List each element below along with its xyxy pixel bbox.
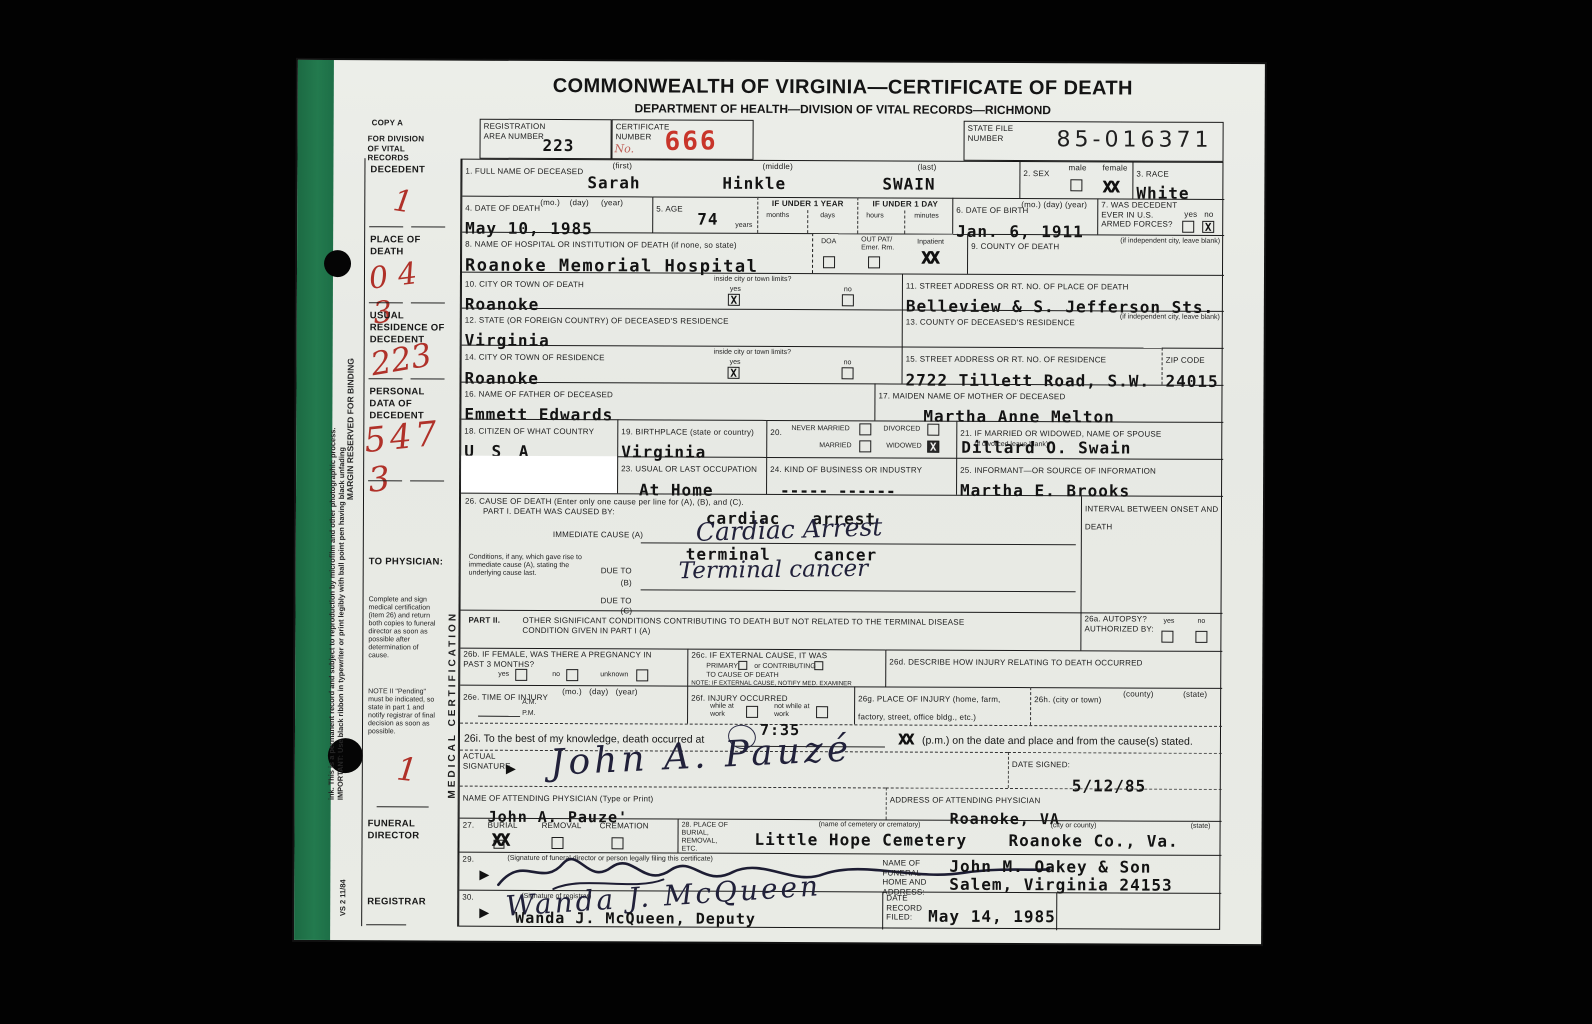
field-21-spouse: 21. IF MARRIED OR WIDOWED, NAME OF SPOUS… bbox=[956, 421, 1223, 459]
checkbox-autopsy-no bbox=[1195, 631, 1207, 643]
red-mark-physician: 1 bbox=[395, 749, 419, 789]
checkbox-primary bbox=[738, 661, 747, 670]
field-26f-injury-occurred: 26f. INJURY OCCURRED while at work not w… bbox=[687, 686, 854, 725]
registration-value: 223 bbox=[543, 136, 575, 155]
field-5-age: 5. AGE 74 years bbox=[652, 196, 757, 232]
interval-column: INTERVAL BETWEEN ONSET AND DEATH bbox=[1081, 496, 1224, 614]
checkbox-never-married bbox=[859, 423, 871, 435]
checkbox-while-at-work bbox=[746, 706, 758, 718]
value-spouse: Dillard O. Swain bbox=[961, 438, 1131, 458]
section-funeral-director: FUNERAL DIRECTOR bbox=[368, 818, 438, 842]
field-3-race: 3. RACE White bbox=[1132, 163, 1224, 199]
checkbox-doa bbox=[823, 256, 835, 268]
field-26d-injury-description: 26d. DESCRIBE HOW INJURY RELATING TO DEA… bbox=[885, 649, 1222, 687]
checkbox-pregnancy-yes bbox=[515, 669, 527, 681]
field-9-county-of-death: 9. COUNTY OF DEATH (if independent city,… bbox=[967, 234, 1224, 275]
checkbox-pregnancy-no bbox=[566, 669, 578, 681]
field-7-armed-forces: 7. WAS DECEDENT EVER IN U.S. ARMED FORCE… bbox=[1097, 198, 1224, 235]
red-mark-decedent: 1 bbox=[391, 183, 415, 220]
field-physician-address: ADDRESS OF ATTENDING PHYSICIAN Roanoke, … bbox=[886, 787, 1222, 820]
field-30-registrar-signature: 30. (Signature of registrar) ▶ Wanda J. … bbox=[459, 890, 882, 930]
field-16-father: 16. NAME OF FATHER OF DECEASED Emmett Ed… bbox=[461, 382, 874, 421]
registration-label: REGISTRATION AREA NUMBER bbox=[481, 120, 551, 143]
value-funeral-home: John M. Oakey & Son bbox=[949, 857, 1151, 877]
section-medical-certification: MEDICAL CERTIFICATION bbox=[447, 519, 459, 799]
field-26g-place-of-injury: 26g. PLACE OF INJURY (home, farm, factor… bbox=[854, 686, 1030, 725]
field-date-signed: DATE SIGNED: 5/12/85 bbox=[1008, 752, 1222, 789]
section-label-column: DECEDENT 1 PLACE OF DEATH 04 3 USUAL RES… bbox=[361, 158, 461, 926]
field-8-hospital: 8. NAME OF HOSPITAL OR INSTITUTION OF DE… bbox=[462, 232, 812, 274]
value-age: 74 bbox=[697, 210, 718, 229]
field-20-marital-status: 20. NEVER MARRIED DIVORCED MARRIED WIDOW… bbox=[766, 420, 956, 458]
certificate-no-stamp: No. bbox=[615, 142, 635, 155]
field-actual-signature: ACTUAL SIGNATURE ▶ John A. Pauzé bbox=[460, 750, 1008, 788]
value-last-name: SWAIN bbox=[882, 174, 935, 193]
value-date-filed: May 14, 1985 bbox=[928, 907, 1056, 927]
field-26h-injury-location: 26h. (city or town) (county) (state) bbox=[1030, 687, 1222, 726]
death-certificate: MARGIN RESERVED FOR BINDING IMPORTANT: U… bbox=[294, 60, 1265, 944]
checkbox-widowed: X bbox=[927, 441, 939, 453]
arrow-icon: ▶ bbox=[506, 761, 516, 777]
checkbox-pregnancy-unknown bbox=[636, 669, 648, 681]
checkbox-contributing bbox=[814, 661, 823, 670]
certificate-title: COMMONWEALTH OF VIRGINIA—CERTIFICATE OF … bbox=[462, 75, 1224, 101]
checkbox-not-while-at-work bbox=[816, 706, 828, 718]
photo-background: MARGIN RESERVED FOR BINDING IMPORTANT: U… bbox=[0, 0, 1592, 1024]
section-to-physician: TO PHYSICIAN: bbox=[369, 556, 449, 568]
field-26c-external-cause: 26c. IF EXTERNAL CAUSE, IT WAS PRIMARY o… bbox=[687, 649, 885, 687]
field-if-under-1-day: IF UNDER 1 DAY hours minutes bbox=[857, 197, 952, 233]
checkbox-married bbox=[859, 440, 871, 452]
state-file-value: 85-016371 bbox=[1057, 127, 1213, 153]
field-12-state-of-residence: 12. STATE (OR FOREIGN COUNTRY) OF DECEAS… bbox=[462, 308, 902, 347]
form-table: 1. FULL NAME OF DECEASED (first) (middle… bbox=[458, 159, 1223, 930]
script-cause-a: Cardiac Arrest bbox=[695, 512, 882, 547]
field-13-county-of-residence: 13. COUNTY OF DECEASED'S RESIDENCE (if i… bbox=[902, 310, 1224, 348]
field-17-mother: 17. MAIDEN NAME OF MOTHER OF DECEASED Ma… bbox=[874, 383, 1223, 422]
certificate-subtitle: DEPARTMENT OF HEALTH—DIVISION OF VITAL R… bbox=[462, 101, 1224, 118]
mark-am-struck: XX bbox=[898, 731, 912, 749]
form-code: VS 2 11/84 bbox=[338, 846, 347, 916]
value-registrar-name: Wanda J. McQueen, Deputy bbox=[515, 909, 756, 928]
field-6-date-of-birth: 6. DATE OF BIRTH (mo.) (day) (year) Jan.… bbox=[952, 198, 1097, 235]
state-file-label: STATE FILE NUMBER bbox=[965, 122, 1020, 145]
checkbox-sex-male bbox=[1070, 179, 1082, 191]
field-11-street-of-death: 11. STREET ADDRESS OR RT. NO. OF PLACE O… bbox=[902, 274, 1224, 311]
field-2-sex: 2. SEX male female XX bbox=[1019, 162, 1132, 198]
mark-inpatient: XX bbox=[921, 249, 938, 269]
field-attending-physician: NAME OF ATTENDING PHYSICIAN (Type or Pri… bbox=[460, 786, 886, 820]
field-4-date-of-death: 4. DATE OF DEATH (mo.) (day) (year) May … bbox=[462, 196, 652, 233]
state-file-box: STATE FILE NUMBER 85-016371 bbox=[963, 121, 1223, 162]
checkbox-armed-yes bbox=[1182, 221, 1194, 233]
certificate-number-stamp: 666 bbox=[664, 126, 717, 157]
checkbox-armed-no: X bbox=[1202, 221, 1214, 233]
checkbox-res-limits-yes: X bbox=[728, 367, 740, 379]
field-19-birthplace: 19. BIRTHPLACE (state or country) Virgin… bbox=[617, 419, 766, 457]
field-1-full-name: 1. FULL NAME OF DECEASED (first) (middle… bbox=[462, 160, 1019, 198]
field-26-cause-of-death: INTERVAL BETWEEN ONSET AND DEATH 26. CAU… bbox=[461, 493, 1224, 613]
checkbox-death-limits-no bbox=[842, 294, 854, 306]
field-25-informant: 25. INFORMANT—OR SOURCE OF INFORMATION M… bbox=[956, 458, 1223, 496]
field-26a-autopsy: 26a. AUTOPSY? AUTHORIZED BY: yes no bbox=[1080, 612, 1222, 651]
field-8-status-boxes: DOA OUT PAT/ Emer. Rm. Inpatient XX bbox=[812, 233, 967, 274]
value-middle-name: Hinkle bbox=[722, 174, 786, 193]
checkbox-death-limits-yes: X bbox=[728, 294, 740, 306]
empty-registrar-cell bbox=[1056, 892, 1221, 931]
red-mark-personal: 547 3 bbox=[362, 412, 463, 501]
value-first-name: Sarah bbox=[587, 173, 640, 192]
certificate-number-box: CERTIFICATE NUMBER No. 666 bbox=[611, 119, 753, 160]
to-physician-note: Complete and sign medical certification … bbox=[368, 596, 440, 661]
mark-sex-female: XX bbox=[1102, 177, 1117, 196]
field-part-2: PART II. OTHER SIGNIFICANT CONDITIONS CO… bbox=[460, 610, 1080, 651]
field-26e-time-of-injury: 26e. TIME OF INJURY (mo.) (day) (year) A… bbox=[460, 685, 687, 724]
note-2: NOTE II "Pending" must be indicated, so … bbox=[368, 688, 442, 737]
field-14-city-of-residence: 14. CITY OR TOWN OF RESIDENCE Roanoke in… bbox=[462, 345, 902, 384]
field-date-record-filed: DATE RECORD FILED: May 14, 1985 bbox=[882, 891, 1056, 930]
section-registrar: REGISTRAR bbox=[367, 896, 426, 908]
field-22-redacted bbox=[461, 456, 617, 494]
field-10-city-of-death: 10. CITY OR TOWN OF DEATH Roanoke inside… bbox=[462, 272, 902, 310]
arrow-icon: ▶ bbox=[479, 867, 489, 883]
arrow-icon: ▶ bbox=[479, 905, 489, 921]
field-26b-pregnancy: 26b. IF FEMALE, WAS THERE A PREGNANCY IN… bbox=[460, 648, 687, 686]
registration-area-box: REGISTRATION AREA NUMBER 223 bbox=[479, 119, 611, 160]
checkbox-res-limits-no bbox=[842, 367, 854, 379]
checkbox-divorced bbox=[927, 424, 939, 436]
field-1-label: 1. FULL NAME OF DECEASED bbox=[465, 167, 583, 177]
checkbox-outpatient bbox=[868, 256, 880, 268]
section-decedent: DECEDENT bbox=[370, 164, 425, 176]
field-if-under-1-year: IF UNDER 1 YEAR months days bbox=[757, 197, 857, 233]
field-18-citizen: 18. CITIZEN OF WHAT COUNTRY U S A bbox=[461, 419, 617, 457]
field-23-occupation: 23. USUAL OR LAST OCCUPATION At Home bbox=[617, 456, 766, 494]
field-15-zip: ZIP CODE 24015 bbox=[1162, 348, 1224, 385]
field-15-street-of-residence: 15. STREET ADDRESS OR RT. NO. OF RESIDEN… bbox=[902, 347, 1162, 385]
script-cause-b: Terminal cancer bbox=[679, 556, 869, 584]
field-24-industry: 24. KIND OF BUSINESS OR INDUSTRY ----- -… bbox=[766, 457, 956, 495]
copy-label: COPY A bbox=[372, 118, 403, 128]
checkbox-autopsy-yes bbox=[1161, 631, 1173, 643]
